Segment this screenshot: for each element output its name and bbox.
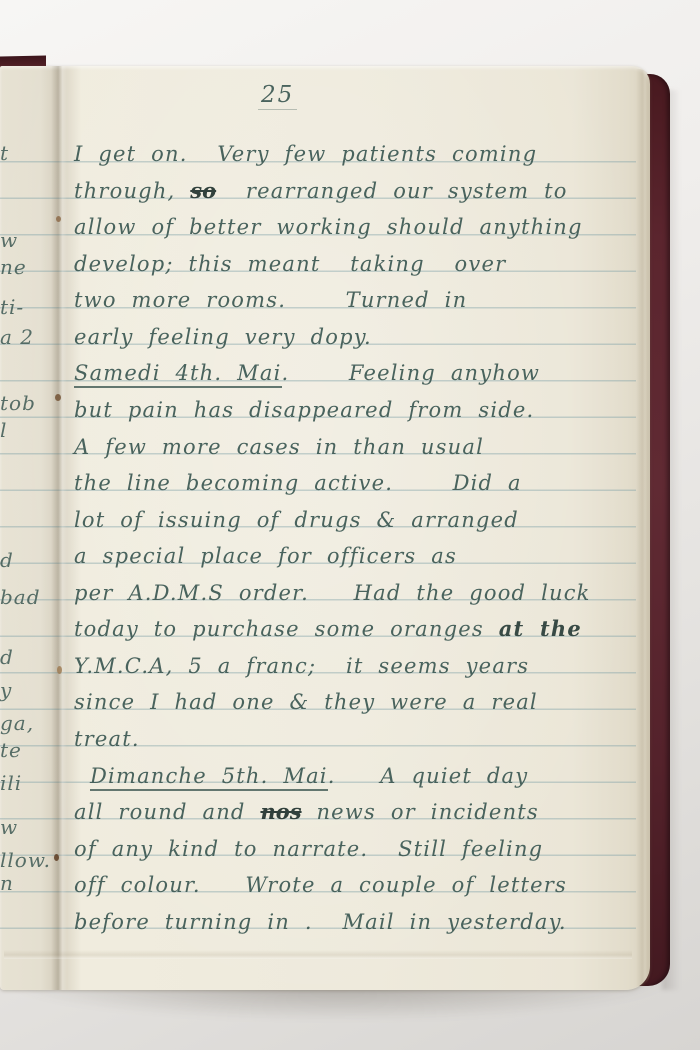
left-page-fragment: d <box>0 550 50 570</box>
diary-line: of any kind to narrate. Still feeling <box>74 831 636 868</box>
paper-speck <box>56 216 61 222</box>
struck-word: so <box>190 178 216 203</box>
left-page-fragment: a 2 <box>0 327 50 347</box>
diary-line-text: rearranged our system to <box>216 179 567 203</box>
page-number: 25 <box>258 82 297 110</box>
left-page-fragment: ti- <box>0 297 50 317</box>
diary-line-text: off colour. Wrote a couple of letters <box>74 873 567 897</box>
left-page-fragment: y <box>0 680 50 700</box>
diary-line: but pain has disappeared from side. <box>74 392 636 429</box>
paper-speck <box>54 854 59 861</box>
diary-line: per A.D.M.S order. Had the good luck <box>74 575 636 612</box>
diary-line: a special place for officers as <box>74 538 636 575</box>
diary-line-text: two more rooms. Turned in <box>74 288 467 312</box>
diary-line-text: the line becoming active. Did a <box>74 471 522 495</box>
paper-speck <box>57 666 62 674</box>
diary-line-text: A few more cases in than usual <box>74 435 484 459</box>
left-page-fragment: ili <box>0 773 50 793</box>
diary-line-text: develop; this meant taking over <box>74 252 506 276</box>
notebook-open-pages: t w ne ti- a 2 tob l d bad d y ga, te il… <box>0 66 650 990</box>
left-page-fragment: d <box>0 647 50 667</box>
diary-line: develop; this meant taking over <box>74 246 636 283</box>
left-page-fragment: n <box>0 873 50 893</box>
left-page-fragment: llow. <box>0 850 50 870</box>
entry-date-samedi-4-mai: Samedi 4th. Mai <box>74 361 282 388</box>
paper-speck <box>55 394 61 401</box>
diary-line-text: Y.M.C.A, 5 a franc; it seems years <box>74 654 529 678</box>
diary-line: through, so rearranged our system to <box>74 173 636 210</box>
diary-line-text: through, <box>74 179 190 203</box>
diary-line-text: since I had one & they were a real <box>74 690 538 714</box>
diary-line: today to purchase some oranges at the <box>74 611 636 648</box>
diary-line-text: I get on. Very few patients coming <box>74 142 537 166</box>
page-edge-stack <box>636 69 650 987</box>
left-page-fragment: bad <box>0 587 50 607</box>
left-page-fragment: ga, <box>0 713 50 733</box>
diary-line-text: lot of issuing of drugs & arranged <box>74 508 519 532</box>
left-page-fragment: tob <box>0 393 50 413</box>
bottom-page-crease <box>4 950 632 959</box>
diary-line: A few more cases in than usual <box>74 429 636 466</box>
diary-line-text: allow of better working should anything <box>74 215 583 239</box>
diary-line: I get on. Very few patients coming <box>74 136 636 173</box>
diary-line: treat. <box>74 721 636 758</box>
diary-handwriting: I get on. Very few patients coming throu… <box>74 136 636 940</box>
photo-backdrop: t w ne ti- a 2 tob l d bad d y ga, te il… <box>0 0 700 1050</box>
diary-line-text: news or incidents <box>302 800 539 824</box>
diary-line: early feeling very dopy. <box>74 319 636 356</box>
diary-line: Dimanche 5th. Mai. A quiet day <box>74 758 636 795</box>
left-page-fragment: w <box>0 230 50 250</box>
diary-line-text: early feeling very dopy. <box>74 325 372 349</box>
diary-line-text: but pain has disappeared from side. <box>74 398 534 422</box>
entry-date-dimanche-5-mai: Dimanche 5th. Mai <box>90 764 328 791</box>
diary-line-text: of any kind to narrate. Still feeling <box>74 837 543 861</box>
diary-line-text: a special place for officers as <box>74 544 457 568</box>
diary-line: off colour. Wrote a couple of letters <box>74 867 636 904</box>
left-page-fragment: l <box>0 420 50 440</box>
left-page-fragment: te <box>0 740 50 760</box>
diary-line: allow of better working should anything <box>74 209 636 246</box>
overwritten-words: at the <box>499 616 582 641</box>
left-page-fragment: t <box>0 143 50 163</box>
diary-line: before turning in . Mail in yesterday. <box>74 904 636 941</box>
diary-line: all round and nos news or incidents <box>74 794 636 831</box>
struck-word: nos <box>260 799 301 824</box>
diary-line: the line becoming active. Did a <box>74 465 636 502</box>
diary-line: lot of issuing of drugs & arranged <box>74 502 636 539</box>
diary-line-text: treat. <box>74 727 140 751</box>
diary-line-text: . A quiet day <box>328 764 529 788</box>
diary-line-text: before turning in . Mail in yesterday. <box>74 910 567 934</box>
diary-line-text: per A.D.M.S order. Had the good luck <box>74 581 591 605</box>
diary-line-text: today to purchase some oranges <box>74 617 499 641</box>
diary-line-text: all round and <box>74 800 260 824</box>
gutter-crease <box>51 66 67 990</box>
diary-line: Y.M.C.A, 5 a franc; it seems years <box>74 648 636 685</box>
diary-line-text: . Feeling anyhow <box>282 361 541 385</box>
left-page-fragment: ne <box>0 257 50 277</box>
left-page-fragment: w <box>0 817 50 837</box>
diary-line: since I had one & they were a real <box>74 684 636 721</box>
diary-line: Samedi 4th. Mai. Feeling anyhow <box>74 355 636 392</box>
diary-line: two more rooms. Turned in <box>74 282 636 319</box>
